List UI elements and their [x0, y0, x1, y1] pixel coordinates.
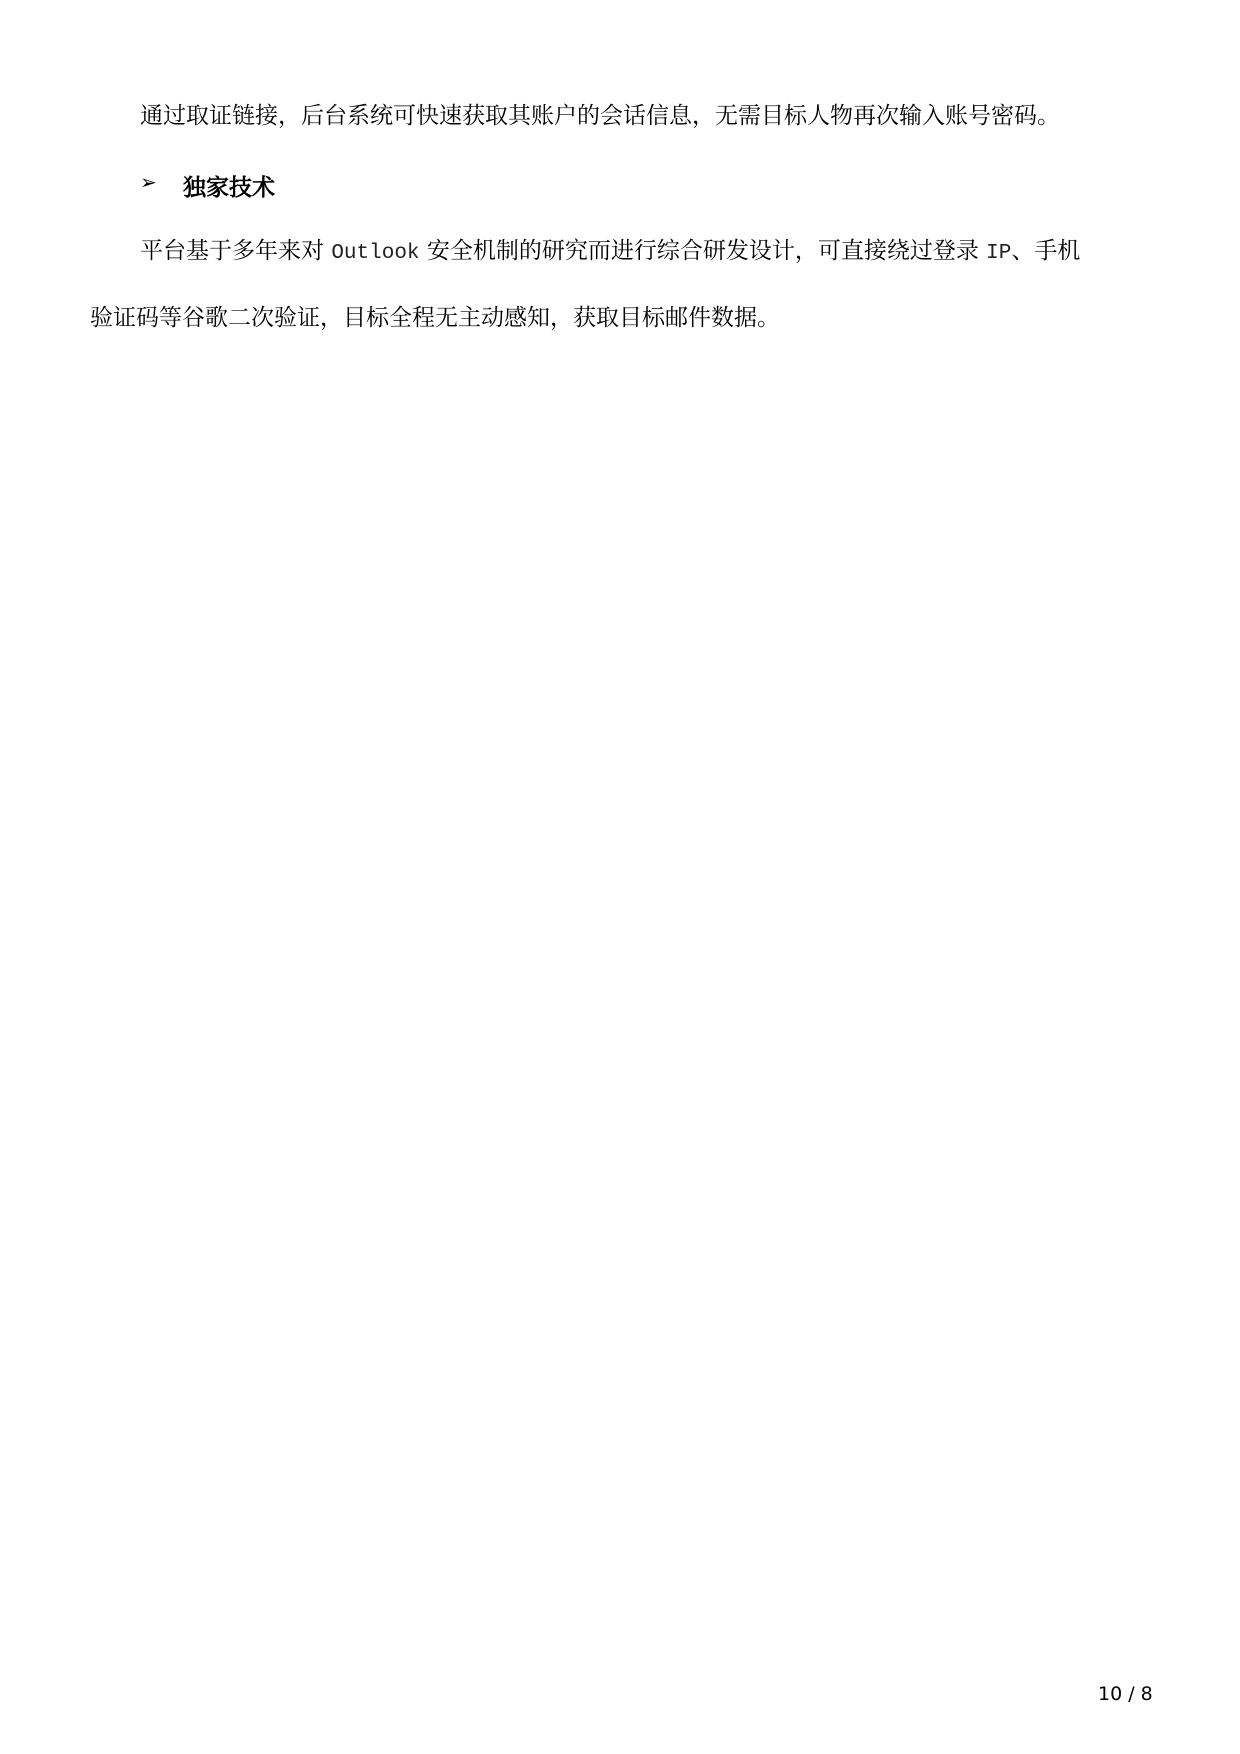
- code-outlook: Outlook: [331, 242, 419, 265]
- paragraph-technology-line2: 验证码等谷歌二次验证，目标全程无主动感知，获取目标邮件数据。: [90, 305, 780, 331]
- page-number: 10 / 8: [1098, 1683, 1153, 1705]
- code-ip: IP: [986, 242, 1011, 265]
- arrow-bullet-icon: ➢: [140, 170, 157, 194]
- text-segment: 平台基于多年来对: [140, 238, 331, 264]
- text-segment: 、手机: [1011, 238, 1080, 264]
- text-segment: 安全机制的研究而进行综合研发设计，可直接绕过登录: [420, 238, 987, 264]
- section-heading: 独家技术: [183, 169, 275, 202]
- paragraph-technology-line1: 平台基于多年来对 Outlook 安全机制的研究而进行综合研发设计，可直接绕过登…: [140, 238, 1080, 267]
- paragraph-session-info: 通过取证链接，后台系统可快速获取其账户的会话信息，无需目标人物再次输入账号密码。: [140, 103, 1060, 129]
